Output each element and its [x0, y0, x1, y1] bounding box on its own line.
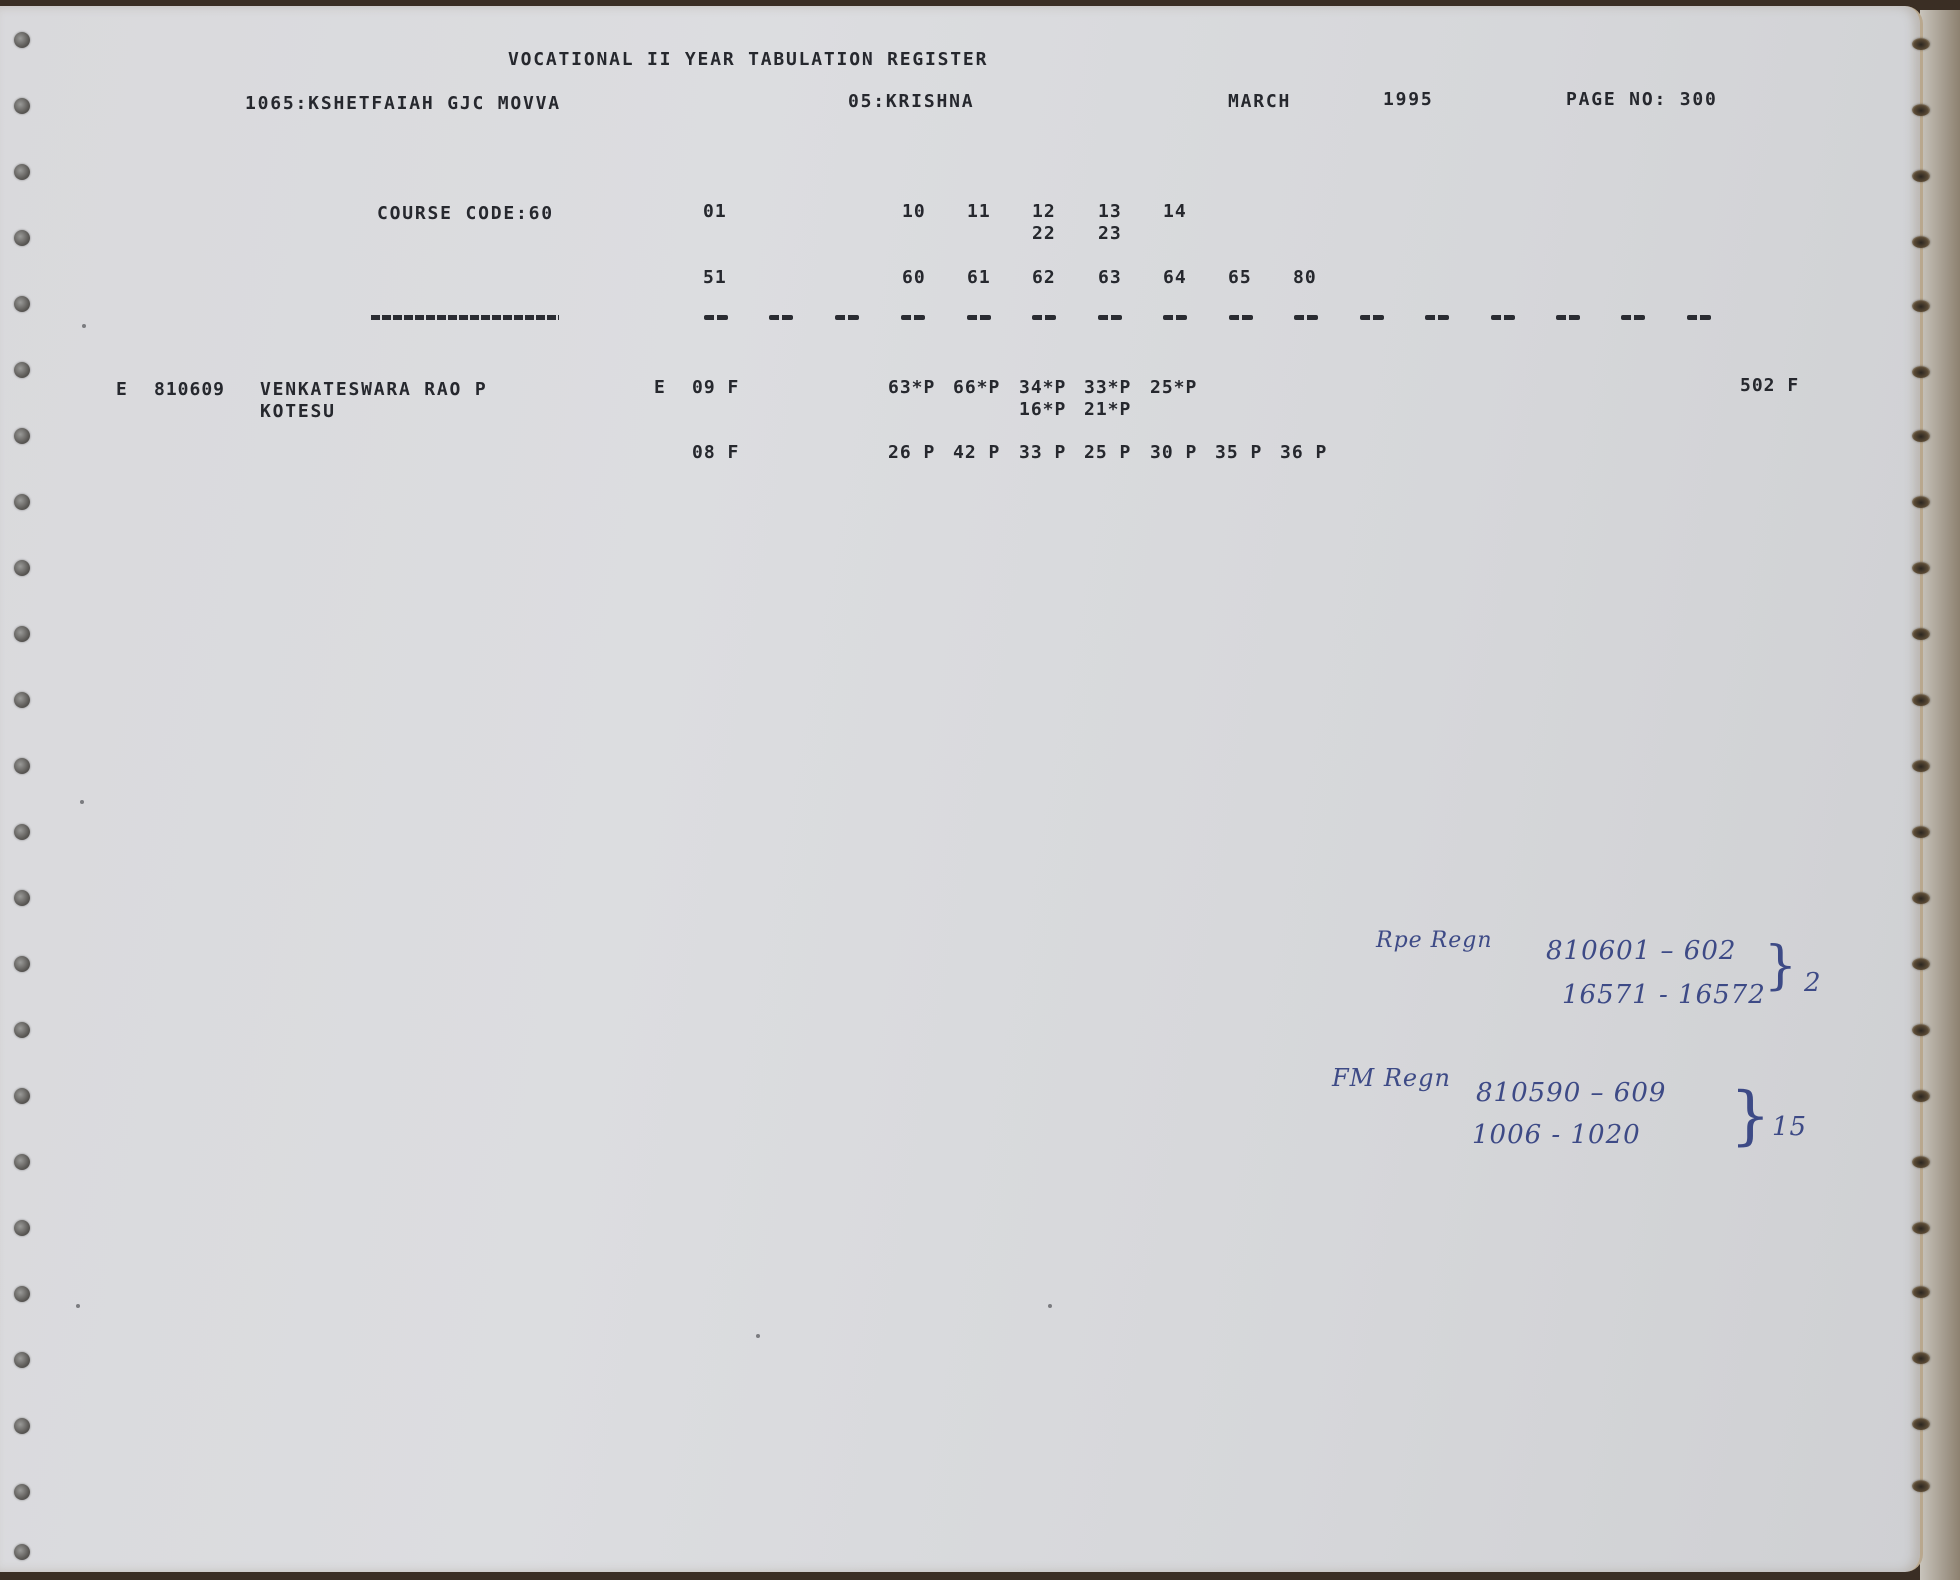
separator-dash — [835, 315, 859, 320]
feed-hole-icon — [1912, 694, 1930, 706]
subject-mark: 16*P — [1019, 400, 1066, 420]
subject-mark: 25 P — [1084, 443, 1131, 463]
course-code: COURSE CODE:60 — [377, 204, 554, 224]
feed-hole-icon — [14, 230, 30, 246]
feed-hole-icon — [14, 758, 30, 774]
feed-hole-icon — [14, 98, 30, 114]
subject-mark: 66*P — [953, 378, 1000, 398]
feed-hole-icon — [14, 1484, 30, 1500]
subject-code: 80 — [1293, 268, 1317, 288]
hall-ticket-number: 810609 — [154, 380, 225, 400]
college-code-name: 1065:KSHETFAIAH GJC MOVVA — [245, 94, 561, 114]
student-name: VENKATESWARA RAO P — [260, 380, 487, 400]
feed-hole-icon — [1912, 562, 1930, 574]
subject-code: 51 — [703, 268, 727, 288]
feed-hole-icon — [1912, 1286, 1930, 1298]
subject-mark: 63*P — [888, 378, 935, 398]
note-range: 810601 – 602 — [1546, 936, 1736, 966]
feed-hole-icon — [14, 890, 30, 906]
note-label: FM Regn — [1332, 1064, 1451, 1092]
separator-dash — [1098, 315, 1122, 320]
subject-code: 62 — [1032, 268, 1056, 288]
paper-speck — [82, 324, 86, 328]
subject-mark: 42 P — [953, 443, 1000, 463]
feed-hole-icon — [14, 1418, 30, 1434]
note-range: 810590 – 609 — [1476, 1078, 1666, 1108]
feed-hole-icon — [14, 1154, 30, 1170]
note-range: 1006 - 1020 — [1472, 1120, 1641, 1150]
subject-code: 13 — [1098, 202, 1122, 222]
feed-hole-icon — [1912, 236, 1930, 248]
subject-mark: 26 P — [888, 443, 935, 463]
feed-hole-icon — [14, 1022, 30, 1038]
separator-dash — [1621, 315, 1645, 320]
separator-dash — [1032, 315, 1056, 320]
separator-long — [371, 315, 559, 320]
feed-hole-icon — [1912, 170, 1930, 182]
separator-dash — [1294, 315, 1318, 320]
father-name: KOTESU — [260, 402, 336, 422]
feed-hole-icon — [1912, 628, 1930, 640]
brace-icon: } — [1764, 940, 1797, 992]
subject-code: 23 — [1098, 224, 1122, 244]
feed-hole-icon — [1912, 1480, 1930, 1492]
paper-speck — [756, 1334, 760, 1338]
subject-mark: 34*P — [1019, 378, 1066, 398]
subject-code: 11 — [967, 202, 991, 222]
paper-speck — [80, 800, 84, 804]
subject-code: 63 — [1098, 268, 1122, 288]
separator-dash — [1425, 315, 1449, 320]
feed-hole-icon — [1912, 104, 1930, 116]
tabulation-sheet: VOCATIONAL II YEAR TABULATION REGISTER 1… — [0, 6, 1923, 1572]
subject-mark: 21*P — [1084, 400, 1131, 420]
exam-month: MARCH — [1228, 92, 1291, 112]
feed-hole-icon — [14, 1220, 30, 1236]
feed-hole-icon — [14, 1352, 30, 1368]
feed-hole-icon — [1912, 892, 1930, 904]
feed-hole-icon — [14, 626, 30, 642]
feed-hole-icon — [1912, 1352, 1930, 1364]
subject-mark: 36 P — [1280, 443, 1327, 463]
feed-hole-icon — [1912, 1418, 1930, 1430]
subject-mark: 30 P — [1150, 443, 1197, 463]
separator-dash — [1556, 315, 1580, 320]
feed-hole-icon — [14, 1544, 30, 1560]
subject-code: 12 — [1032, 202, 1056, 222]
feed-hole-icon — [14, 32, 30, 48]
district: 05:KRISHNA — [848, 92, 974, 112]
feed-hole-icon — [14, 362, 30, 378]
subject-code: 64 — [1163, 268, 1187, 288]
separator-dash — [967, 315, 991, 320]
feed-hole-icon — [14, 428, 30, 444]
register-title: VOCATIONAL II YEAR TABULATION REGISTER — [508, 50, 988, 70]
feed-hole-icon — [1912, 38, 1930, 50]
separator-dash — [1687, 315, 1711, 320]
feed-hole-icon — [1912, 300, 1930, 312]
subject-code: 22 — [1032, 224, 1056, 244]
separator-dash — [769, 315, 793, 320]
brace-icon: } — [1730, 1090, 1771, 1142]
separator-dash — [1491, 315, 1515, 320]
part-result: 09 F — [692, 378, 739, 398]
grand-total-result: 502 F — [1740, 376, 1799, 396]
note-range: 16571 - 16572 — [1562, 980, 1766, 1010]
feed-hole-icon — [1912, 496, 1930, 508]
subject-code: 60 — [902, 268, 926, 288]
subject-code: 01 — [703, 202, 727, 222]
feed-hole-icon — [1912, 1024, 1930, 1036]
feed-hole-icon — [14, 560, 30, 576]
feed-hole-icon — [14, 164, 30, 180]
separator-dash — [1360, 315, 1384, 320]
paper-speck — [76, 1304, 80, 1308]
feed-hole-icon — [1912, 1222, 1930, 1234]
feed-hole-icon — [14, 1286, 30, 1302]
note-count: 2 — [1804, 968, 1822, 998]
feed-hole-icon — [14, 1088, 30, 1104]
feed-hole-icon — [1912, 1090, 1930, 1102]
feed-hole-icon — [1912, 958, 1930, 970]
feed-hole-icon — [1912, 826, 1930, 838]
note-label: Rpe Regn — [1376, 928, 1493, 953]
feed-hole-icon — [14, 692, 30, 708]
student-category: E — [116, 380, 129, 400]
feed-hole-icon — [14, 956, 30, 972]
feed-hole-icon — [14, 824, 30, 840]
separator-dash — [901, 315, 925, 320]
subject-mark: 25*P — [1150, 378, 1197, 398]
feed-hole-icon — [14, 296, 30, 312]
subject-mark: 33 P — [1019, 443, 1066, 463]
feed-hole-icon — [1912, 760, 1930, 772]
medium: E — [654, 378, 667, 398]
subject-code: 65 — [1228, 268, 1252, 288]
part-result: 08 F — [692, 443, 739, 463]
separator-dash — [1229, 315, 1253, 320]
feed-hole-icon — [1912, 1156, 1930, 1168]
note-count: 15 — [1772, 1112, 1807, 1142]
subject-code: 61 — [967, 268, 991, 288]
page-number: PAGE NO: 300 — [1566, 90, 1718, 110]
feed-hole-icon — [1912, 366, 1930, 378]
subject-code: 14 — [1163, 202, 1187, 222]
subject-mark: 33*P — [1084, 378, 1131, 398]
feed-hole-icon — [14, 494, 30, 510]
exam-year: 1995 — [1383, 90, 1434, 110]
feed-hole-icon — [1912, 430, 1930, 442]
separator-dash — [704, 315, 728, 320]
subject-mark: 35 P — [1215, 443, 1262, 463]
separator-dash — [1163, 315, 1187, 320]
paper-speck — [1048, 1304, 1052, 1308]
subject-code: 10 — [902, 202, 926, 222]
